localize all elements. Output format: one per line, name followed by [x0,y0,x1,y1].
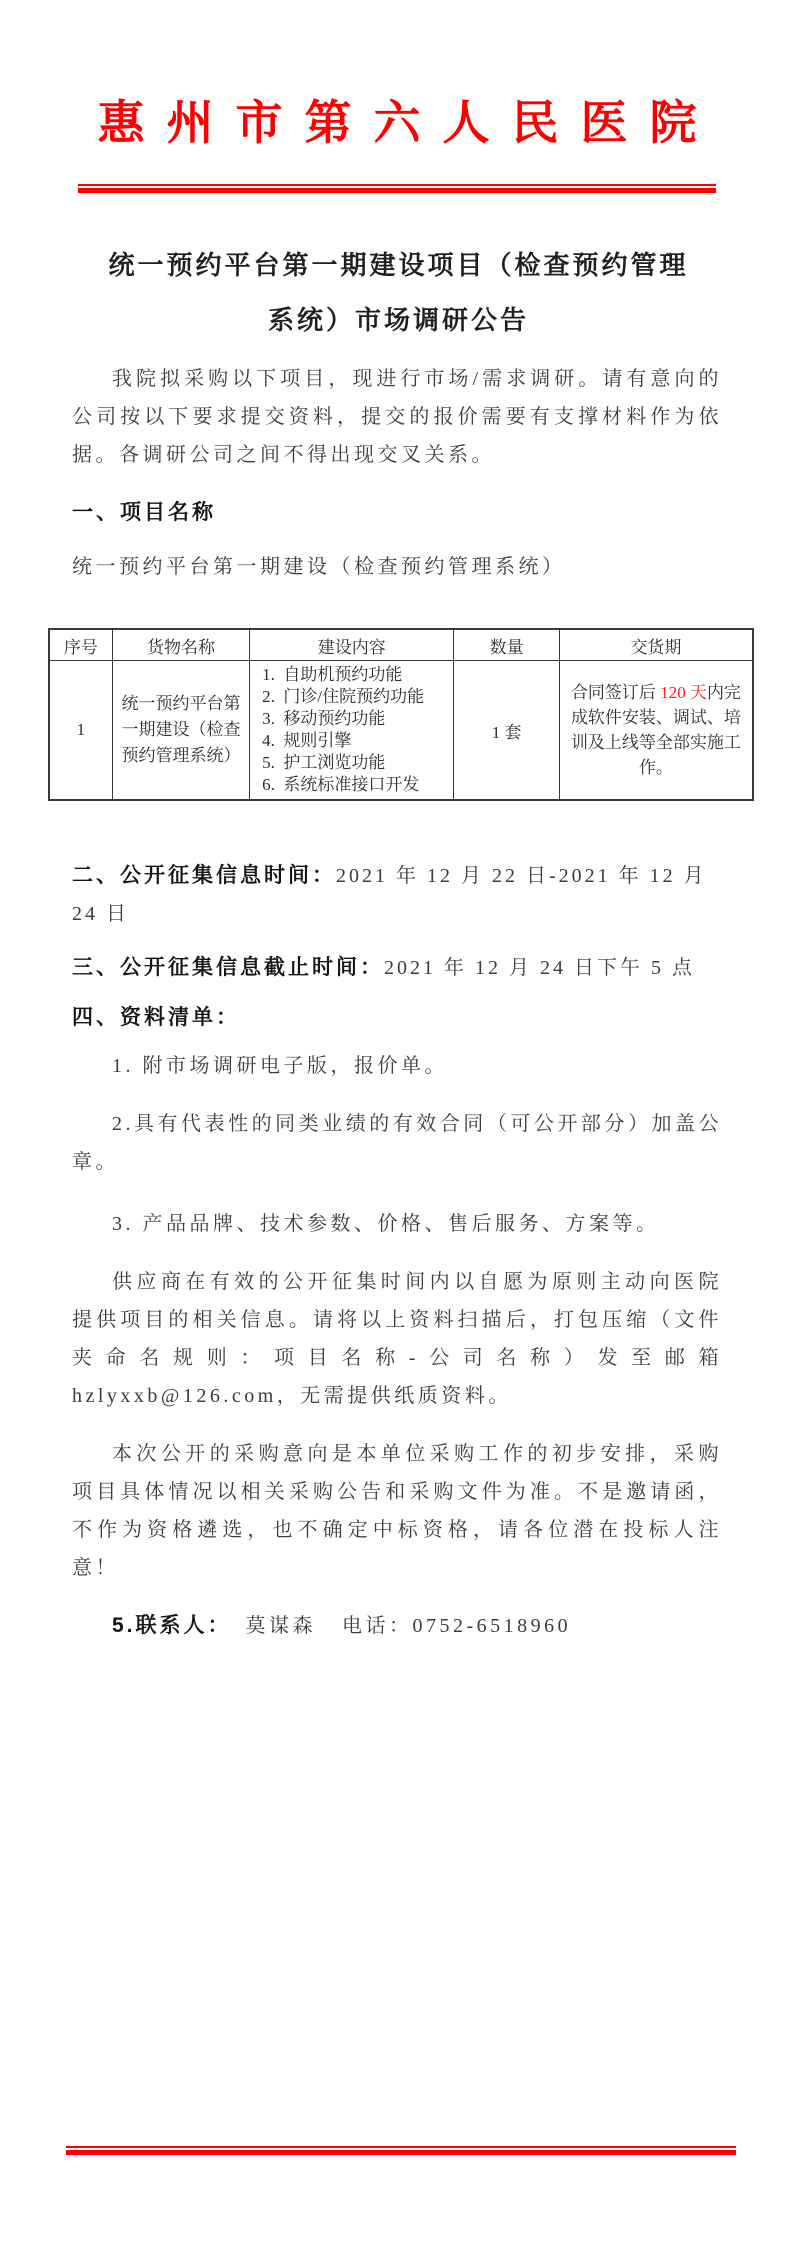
section-1-heading: 一、项目名称 [72,494,722,532]
list-item-1: 1. 附市场调研电子版，报价单。 [72,1047,722,1085]
contact-phone-number: 0752-6518960 [413,1615,572,1637]
section-4-heading: 四、资料清单： [72,999,722,1037]
col-header-delivery: 交货期 [559,629,753,661]
intro-paragraph: 我院拟采购以下项目，现进行市场/需求调研。请有意向的公司按以下要求提交资料，提交… [72,360,722,474]
contact-line: 5.联系人：莫谋森电话：0752-6518960 [72,1607,722,1645]
section-2-label: 二、公开征集信息时间： [72,864,336,887]
cell-delivery: 合同签订后 120 天内完成软件安装、调试、培训及上线等全部实施工作。 [559,661,753,801]
section-3-label: 三、公开征集信息截止时间： [72,956,384,979]
divider-thick-line [78,188,716,193]
build-content-item: 5. 护工浏览功能 [262,752,449,774]
list-item-2: 2.具有代表性的同类业绩的有效合同（可公开部分）加盖公章。 [72,1105,722,1181]
section-3-heading: 三、公开征集信息截止时间：2021 年 12 月 24 日下午 5 点 [72,949,722,987]
cell-build-content: 1. 自助机预约功能 2. 门诊/住院预约功能 3. 移动预约功能 4. 规则引… [250,661,454,801]
header-divider-rule [78,184,716,193]
build-content-item: 1. 自助机预约功能 [262,664,449,686]
delivery-days-highlight: 120 天 [660,683,707,702]
contact-phone-label: 电话： [342,1615,413,1637]
table-header-row: 序号 货物名称 建设内容 数量 交货期 [49,629,753,661]
contact-label: 5.联系人： [112,1614,232,1637]
contact-name: 莫谋森 [246,1615,317,1637]
project-name-text: 统一预约平台第一期建设（检查预约管理系统） [72,548,722,586]
table-row: 1 统一预约平台第一期建设（检查预约管理系统） 1. 自助机预约功能 2. 门诊… [49,661,753,801]
col-header-qty: 数量 [454,629,560,661]
delivery-text-prefix: 合同签订后 [571,683,660,702]
list-item-3: 3. 产品品牌、技术参数、价格、售后服务、方案等。 [72,1205,722,1243]
col-header-goods: 货物名称 [112,629,249,661]
cell-seq: 1 [49,661,112,801]
submission-paragraph: 供应商在有效的公开征集时间内以自愿为原则主动向医院提供项目的相关信息。请将以上资… [72,1263,722,1415]
build-content-item: 6. 系统标准接口开发 [262,774,449,796]
build-content-item: 3. 移动预约功能 [262,708,449,730]
document-page: 惠州市第六人民医院 统一预约平台第一期建设项目（检查预约管理 系统）市场调研公告… [0,0,794,2246]
section-3-value: 2021 年 12 月 24 日下午 5 点 [384,957,695,979]
cell-quantity: 1 套 [454,661,560,801]
document-title: 统一预约平台第一期建设项目（检查预约管理 系统）市场调研公告 [72,238,722,348]
build-content-item: 2. 门诊/住院预约功能 [262,686,449,708]
col-header-content: 建设内容 [250,629,454,661]
notice-paragraph: 本次公开的采购意向是本单位采购工作的初步安排，采购项目具体情况以相关采购公告和采… [72,1435,722,1587]
build-content-item: 4. 规则引擎 [262,730,449,752]
procurement-table: 序号 货物名称 建设内容 数量 交货期 1 统一预约平台第一期建设（检查预约管理… [48,628,754,801]
footer-thick-line [66,2150,736,2155]
footer-divider-rule [66,2146,736,2155]
cell-goods-name: 统一预约平台第一期建设（检查预约管理系统） [112,661,249,801]
section-2-heading: 二、公开征集信息时间：2021 年 12 月 22 日-2021 年 12 月 … [72,857,722,933]
hospital-name: 惠州市第六人民医院 [0,98,794,150]
col-header-seq: 序号 [49,629,112,661]
document-title-line-2: 系统）市场调研公告 [72,293,722,348]
document-title-line-1: 统一预约平台第一期建设项目（检查预约管理 [72,238,722,293]
